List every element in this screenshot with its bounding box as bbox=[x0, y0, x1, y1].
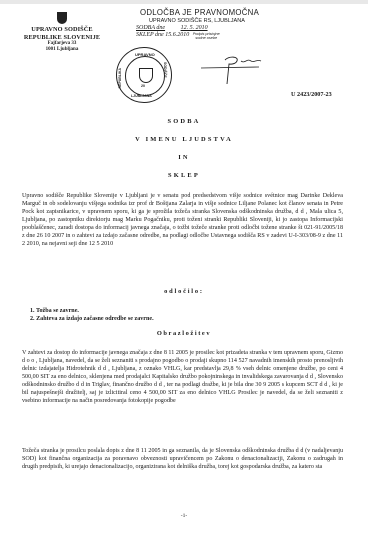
seal-top-text: UPRAVNO bbox=[135, 52, 155, 57]
stamp-order-date: 15.6.2010 bbox=[165, 32, 189, 38]
seal-number: 20 bbox=[141, 84, 145, 88]
court-address-city: 1001 Ljubljana bbox=[22, 47, 102, 53]
decision-item-2: 2. Zahteva za izdajo začasne odredbe se … bbox=[30, 315, 154, 323]
stamp-order-label: SKLEP dne bbox=[136, 32, 164, 38]
seal-shield-icon bbox=[139, 68, 153, 83]
stamp-order-line: SKLEP dne 15.6.2010 Podpis pristojne sod… bbox=[136, 32, 366, 40]
stamp-subtitle: UPRAVNO SODIŠČE RS, LJUBLJANA bbox=[149, 18, 366, 24]
finality-stamp: ODLOČBA JE PRAVNOMOČNA UPRAVNO SODIŠČE R… bbox=[136, 8, 366, 40]
seal-bottom-text: LJUBLJANA bbox=[131, 94, 152, 98]
coat-of-arms-icon bbox=[57, 12, 67, 24]
decision-item-1: 1. Tožba se zavrne. bbox=[30, 307, 154, 315]
page-number: -1- bbox=[0, 513, 368, 519]
scan-top-edge bbox=[0, 0, 368, 4]
case-number: U 2423/2007-23 bbox=[291, 91, 332, 98]
court-name-line2: REPUBLIKE SLOVENIJE bbox=[22, 34, 102, 42]
stamp-title: ODLOČBA JE PRAVNOMOČNA bbox=[140, 8, 366, 17]
signature-note: Podpis pristojne sodne osebe bbox=[193, 32, 220, 40]
heading-sklep: SKLEP bbox=[0, 172, 368, 179]
stamp-judgment-date: 12. 5. 2010 bbox=[181, 25, 208, 31]
seal-left-text: REPUBLIKA bbox=[118, 68, 122, 88]
heading-odlocilo: odločilo: bbox=[0, 288, 368, 295]
heading-in: IN bbox=[0, 154, 368, 161]
court-name-line1: UPRAVNO SODIŠČE bbox=[22, 26, 102, 34]
court-letterhead: UPRAVNO SODIŠČE REPUBLIKE SLOVENIJE Fajf… bbox=[22, 12, 102, 53]
stamp-judgment-label: SODBA dne bbox=[136, 25, 165, 31]
seal-right-text: SODIŠČE bbox=[163, 62, 167, 78]
signature-icon bbox=[199, 52, 279, 92]
heading-obrazlozitev: Obrazložitev bbox=[0, 330, 368, 337]
court-seal: UPRAVNO REPUBLIKA SODIŠČE 20 LJUBLJANA bbox=[116, 47, 172, 103]
intro-paragraph: Upravno sodišče Republike Slovenije v Lj… bbox=[22, 192, 343, 248]
decision-list: 1. Tožba se zavrne. 2. Zahteva za izdajo… bbox=[30, 307, 154, 323]
reasoning-paragraph-2: Tožeča stranka je prosilcu poslala dopis… bbox=[22, 447, 343, 471]
heading-sodba: SODBA bbox=[0, 118, 368, 125]
heading-v-imenu-ljudstva: V IMENU LJUDSTVA bbox=[0, 136, 368, 143]
reasoning-paragraph-1: V zahtevi za dostop do informacije javne… bbox=[22, 349, 343, 405]
stamp-judgment-line: SODBA dne 12. 5. 2010 bbox=[136, 25, 366, 31]
